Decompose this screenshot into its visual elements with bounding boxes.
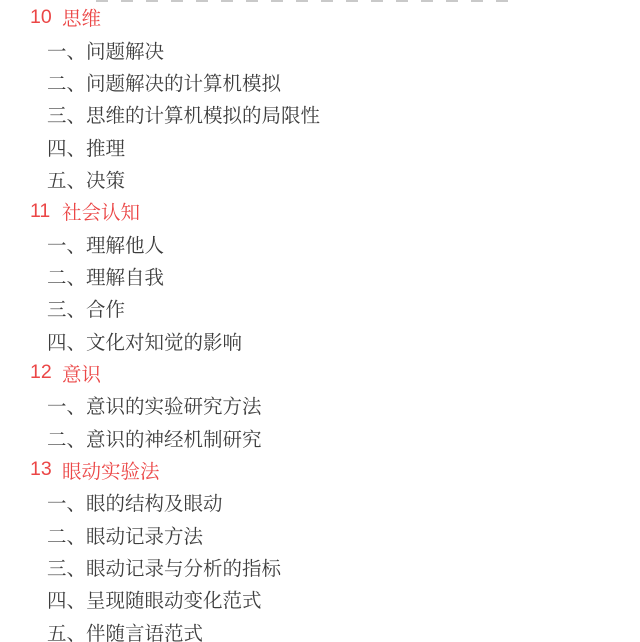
toc-item: 一、意识的实验研究方法: [0, 389, 640, 421]
chapter-heading: 11社会认知: [0, 195, 640, 227]
chapter-number: 13: [30, 458, 62, 481]
toc-item: 一、问题解决: [0, 33, 640, 65]
chapter-heading: 12意识: [0, 357, 640, 389]
chapter-heading: 13眼动实验法: [0, 454, 640, 486]
toc-item: 二、眼动记录方法: [0, 519, 640, 551]
toc-item: 三、眼动记录与分析的指标: [0, 551, 640, 583]
chapter-number: 11: [30, 200, 62, 223]
toc-page: 10思维一、问题解决二、问题解决的计算机模拟三、思维的计算机模拟的局限性四、推理…: [0, 0, 640, 642]
chapter-number: 12: [30, 361, 62, 384]
toc-item-label: 二、眼动记录方法: [47, 521, 203, 549]
toc-item-label: 二、意识的神经机制研究: [47, 424, 262, 452]
toc-item-label: 三、思维的计算机模拟的局限性: [47, 100, 320, 128]
toc-item: 三、合作: [0, 292, 640, 324]
toc-item-label: 三、眼动记录与分析的指标: [47, 553, 281, 581]
chapter-number: 10: [30, 6, 62, 29]
toc-item-label: 二、理解自我: [47, 262, 164, 290]
toc-item-label: 五、决策: [47, 165, 125, 193]
toc-item: 五、决策: [0, 163, 640, 195]
toc-item-label: 一、意识的实验研究方法: [47, 391, 262, 419]
toc-item: 四、推理: [0, 130, 640, 162]
chapter-title: 眼动实验法: [62, 456, 160, 484]
toc-item-label: 一、眼的结构及眼动: [47, 488, 223, 516]
chapter-title: 思维: [62, 3, 101, 31]
toc-item: 五、伴随言语范式: [0, 616, 640, 642]
toc-item-label: 四、文化对知觉的影响: [47, 327, 242, 355]
toc-item-label: 二、问题解决的计算机模拟: [47, 68, 281, 96]
toc-item: 二、问题解决的计算机模拟: [0, 66, 640, 98]
table-of-contents: 10思维一、问题解决二、问题解决的计算机模拟三、思维的计算机模拟的局限性四、推理…: [0, 1, 640, 642]
toc-item-label: 一、问题解决: [47, 36, 164, 64]
toc-item-label: 四、推理: [47, 133, 125, 161]
toc-item: 四、呈现随眼动变化范式: [0, 583, 640, 615]
toc-item: 四、文化对知觉的影响: [0, 324, 640, 356]
toc-item: 三、思维的计算机模拟的局限性: [0, 98, 640, 130]
toc-item-label: 三、合作: [47, 294, 125, 322]
toc-item: 一、眼的结构及眼动: [0, 486, 640, 518]
toc-item: 二、理解自我: [0, 260, 640, 292]
toc-item-label: 一、理解他人: [47, 230, 164, 258]
chapter-heading: 10思维: [0, 1, 640, 33]
toc-item: 一、理解他人: [0, 227, 640, 259]
chapter-title: 意识: [62, 359, 101, 387]
toc-item-label: 五、伴随言语范式: [47, 618, 203, 642]
chapter-title: 社会认知: [62, 197, 140, 225]
toc-item-label: 四、呈现随眼动变化范式: [47, 585, 262, 613]
toc-item: 二、意识的神经机制研究: [0, 421, 640, 453]
